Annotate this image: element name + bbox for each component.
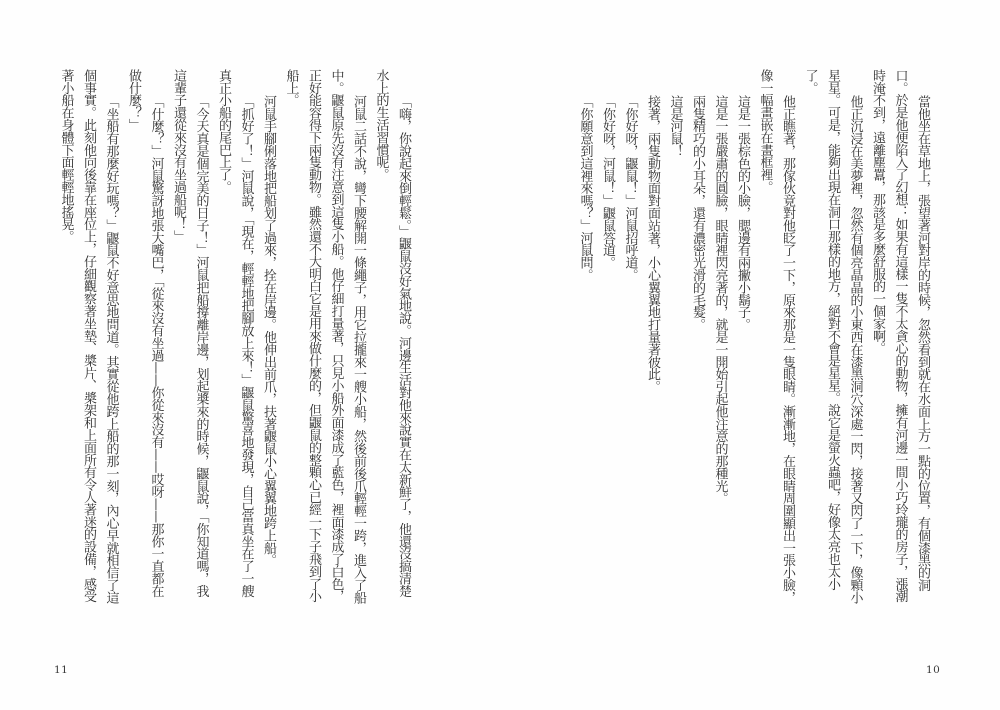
paragraph: 「嗨，你說起來倒輕鬆。」鼴鼠沒好氣地說。河邊生活對他來說實在太新鮮了，他還沒搞清… (369, 69, 414, 609)
paragraph: 河鼠二話不說，彎下腰解開一條繩子，用它拉攏來一艘小船，然後前後爪輕輕一跨，進入了… (279, 69, 369, 609)
paragraph: 這是一張棕色的小臉，腮邊有兩撇小鬍子。 (731, 69, 754, 609)
page-11-text: 「嗨，你說起來倒輕鬆。」鼴鼠沒好氣地說。河邊生活對他來說實在太新鮮了，他還沒搞清… (54, 69, 414, 609)
page-11: 「嗨，你說起來倒輕鬆。」鼴鼠沒好氣地說。河邊生活對他來說實在太新鮮了，他還沒搞清… (0, 0, 500, 710)
page-number: 11 (54, 664, 68, 676)
paragraph: 「什麼？」河鼠驚訝地張大嘴巴，「從來沒有坐過——你從來沒有——哎呀——那你一直都… (122, 69, 167, 609)
paragraph: 當他坐在草地上，張望著河對岸的時候，忽然看到就在水面上方一點的位置，有個漆黑的洞… (866, 69, 934, 609)
paragraph: 這是一張嚴肅的圓臉，眼睛裡閃亮著的，就是一開始引起他注意的那種光。 (708, 69, 731, 609)
paragraph: 接著，兩隻動物面對面站著，小心翼翼地打量著彼此。 (641, 69, 664, 609)
paragraph: 兩隻精巧的小耳朵，還有濃密光滑的毛髮。 (686, 69, 709, 609)
paragraph: 河鼠手腳俐落地把船划了過來，拴在岸邊。他伸出前爪，扶著鼴鼠小心翼翼地跨上船。 (257, 69, 280, 609)
paragraph: 「抓好了！」河鼠說，「現在，輕輕地把腳放上來！」鼴鼠驚喜地發現，自己當真坐在了一… (212, 69, 257, 609)
paragraph: 「你好呀，鼴鼠！」河鼠招呼道。 (618, 69, 641, 609)
page-10-text: 當他坐在草地上，張望著河對岸的時候，忽然看到就在水面上方一點的位置，有個漆黑的洞… (573, 69, 933, 609)
paragraph: 他正沉浸在美夢裡，忽然有個亮晶晶的小東西在漆黑洞穴深處一閃，接著又閃了一下，像顆… (798, 69, 866, 609)
book-spread: 當他坐在草地上，張望著河對岸的時候，忽然看到就在水面上方一點的位置，有個漆黑的洞… (0, 0, 1000, 710)
paragraph: 「你願意到這裡來嗎？」河鼠問。 (573, 69, 596, 609)
paragraph: 「坐船有那麼好玩嗎？」鼴鼠不好意思地問道。其實從他跨上船的那一刻，內心早就相信了… (54, 69, 122, 609)
paragraph: 「今天真是個完美的日子！」河鼠把船撐離岸邊，划起槳來的時候，鼴鼠說，「你知道嗎，… (167, 69, 212, 609)
paragraph: 他正瞧著，那傢伙竟對他眨了一下，原來那是一隻眼睛。漸漸地，在眼睛周圍顯出一張小臉… (753, 69, 798, 609)
page-10: 當他坐在草地上，張望著河對岸的時候，忽然看到就在水面上方一點的位置，有個漆黑的洞… (500, 0, 1000, 710)
paragraph: 「你好呀，河鼠！」鼴鼠答道。 (596, 69, 619, 609)
paragraph: 這是河鼠！ (663, 69, 686, 609)
page-number: 10 (926, 664, 940, 676)
